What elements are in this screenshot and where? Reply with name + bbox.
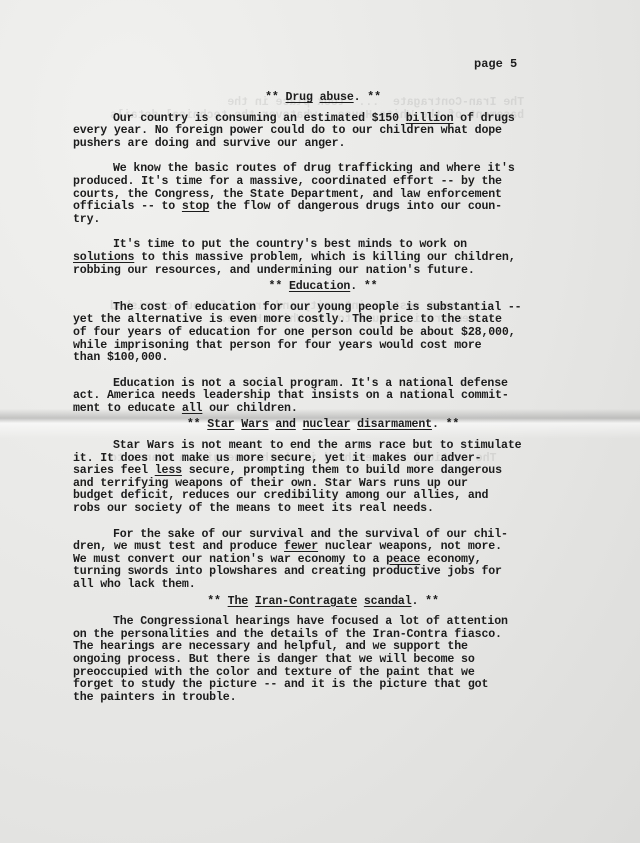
heading-text (313, 91, 320, 104)
page-number: page 5 (474, 57, 517, 71)
paragraph: Education is not a social program. It's … (73, 378, 573, 416)
paragraph: For the sake of our survival and the sur… (73, 529, 573, 592)
section-heading-iran-contragate: ** The Iran-Contragate scandal. ** (73, 596, 573, 609)
paragraph: Star Wars is not meant to end the arms r… (73, 440, 573, 516)
document-body: ** Drug abuse. ** Our country is consumi… (73, 92, 573, 717)
paragraph: It's time to put the country's best mind… (73, 239, 573, 277)
heading-text: ** (265, 91, 285, 104)
heading-text: Drug (286, 91, 313, 104)
paragraph: Our country is consuming an estimated $1… (73, 113, 573, 151)
paragraph: The Congressional hearings have focused … (73, 616, 573, 704)
heading-text: . ** (354, 91, 381, 104)
paragraph: The cost of education for our young peop… (73, 302, 573, 365)
paragraph: We know the basic routes of drug traffic… (73, 163, 573, 226)
section-heading-education: ** Education. ** (73, 281, 573, 294)
heading-text: abuse (320, 91, 354, 104)
document-page: The Iran-Contragate ... took place in th… (0, 0, 640, 843)
section-heading-drug-abuse: ** Drug abuse. ** (73, 92, 573, 105)
section-heading-star-wars: ** Star Wars and nuclear disarmament. ** (73, 419, 573, 432)
